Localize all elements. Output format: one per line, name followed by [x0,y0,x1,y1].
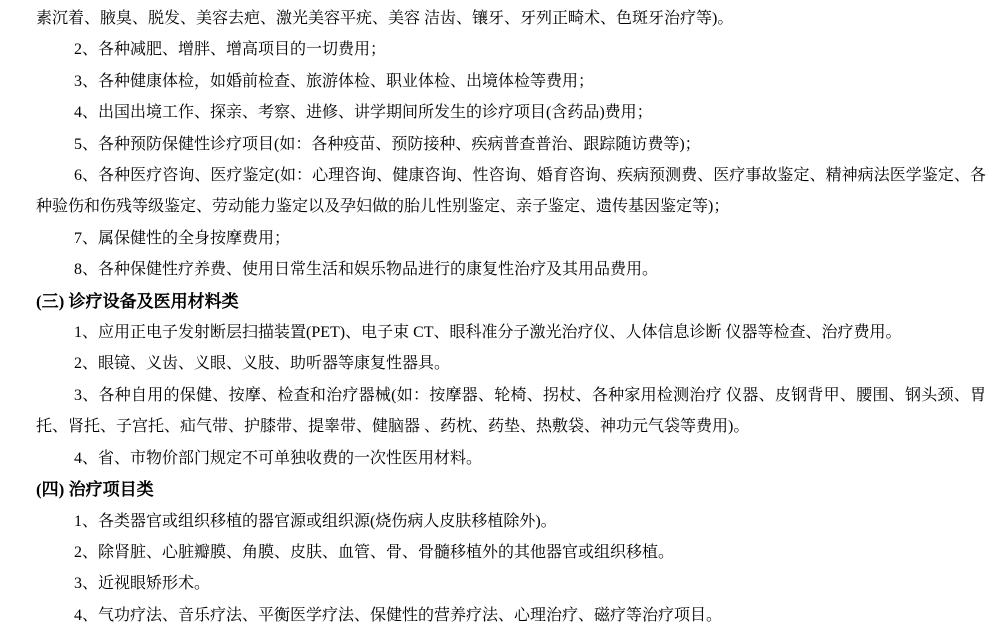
item-5-preventive-care: 5、各种预防保健性诊疗项目(如：各种疫苗、预防接种、疾病普查普治、跟踪随访费等)… [36,129,986,160]
item-3-health-checkups: 3、各种健康体检，如婚前检查、旅游体检、职业体检、出境体检等费用； [36,66,986,97]
item-6-medical-consultation: 6、各种医疗咨询、医疗鉴定(如：心理咨询、健康咨询、性咨询、婚育咨询、疾病预测费… [36,160,986,223]
item-4-abroad-medical-fees: 4、出国出境工作、探亲、考察、进修、讲学期间所发生的诊疗项目(含药品)费用； [36,97,986,128]
item-7-massage-fees: 7、属保健性的全身按摩费用； [36,223,986,254]
item-4-therapy-projects: 4、气功疗法、音乐疗法、平衡医学疗法、保健性的营养疗法、心理治疗、磁疗等治疗项目… [36,600,986,631]
document-page: 素沉着、腋臭、脱发、美容去疤、激光美容平疣、美容 洁齿、镶牙、牙列正畸术、色斑牙… [0,0,1004,631]
item-1-organ-source: 1、各类器官或组织移植的器官源或组织源(烧伤病人皮肤移植除外)。 [36,506,986,537]
para-cosmetic-continuation: 素沉着、腋臭、脱发、美容去疤、激光美容平疣、美容 洁齿、镶牙、牙列正畸术、色斑牙… [36,3,986,34]
item-2-weight-programs: 2、各种减肥、增胖、增高项目的一切费用； [36,34,986,65]
item-2-rehab-appliances: 2、眼镜、义齿、义眼、义肢、助听器等康复性器具。 [36,348,986,379]
item-3-myopia-surgery: 3、近视眼矫形术。 [36,568,986,599]
item-2-other-transplants: 2、除肾脏、心脏瓣膜、角膜、皮肤、血管、骨、骨髓移植外的其他器官或组织移植。 [36,537,986,568]
heading-section-4-treatments: (四) 治疗项目类 [36,474,986,505]
item-8-recuperation-fees: 8、各种保健性疗养费、使用日常生活和娱乐物品进行的康复性治疗及其用品费用。 [36,254,986,285]
item-4-disposable-materials: 4、省、市物价部门规定不可单独收费的一次性医用材料。 [36,443,986,474]
item-1-pet-ct-equipment: 1、应用正电子发射断层扫描装置(PET)、电子束 CT、眼科准分子激光治疗仪、人… [36,317,986,348]
heading-section-3-equipment: (三) 诊疗设备及医用材料类 [36,286,986,317]
item-3-self-use-devices: 3、各种自用的保健、按摩、检查和治疗器械(如：按摩器、轮椅、拐杖、各种家用检测治… [36,380,986,443]
